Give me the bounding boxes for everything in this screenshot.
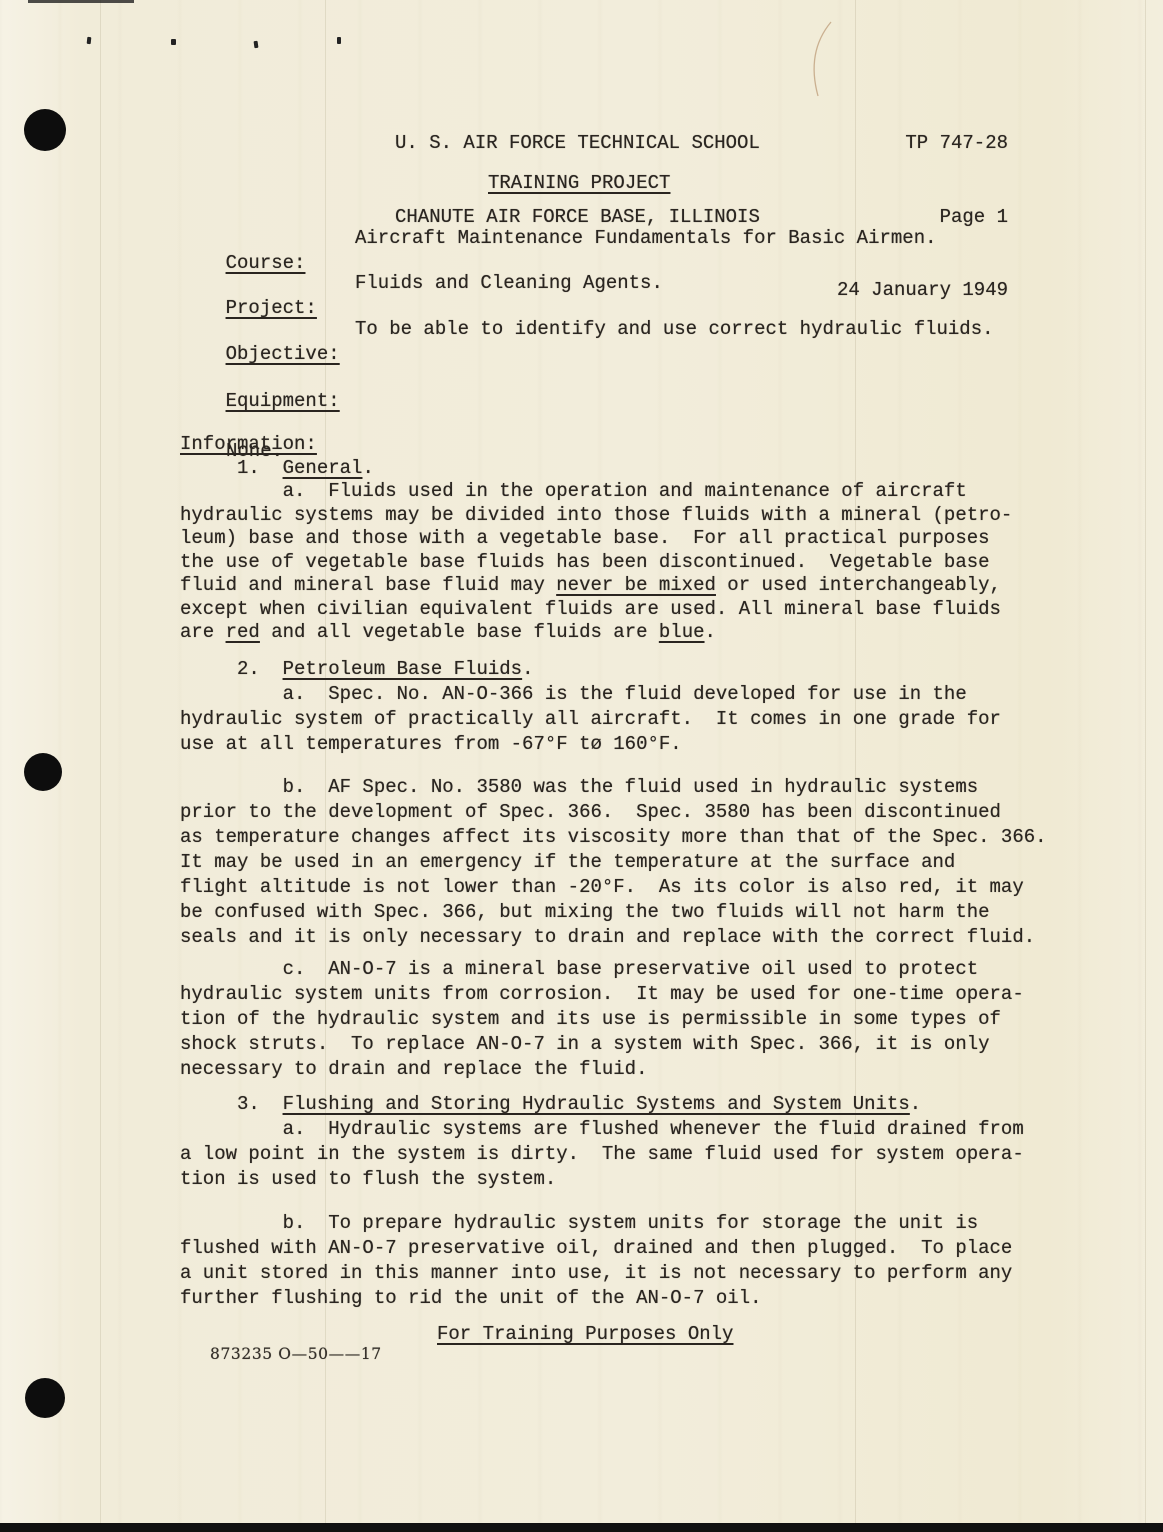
- document-title: TRAINING PROJECT: [488, 171, 670, 196]
- paragraph-1a: a. Fluids used in the operation and main…: [180, 480, 1012, 645]
- punch-hole: [24, 753, 62, 791]
- paragraph-2c: c. AN-O-7 is a mineral base preservative…: [180, 957, 1024, 1082]
- header-org-line1: U. S. AIR FORCE TECHNICAL SCHOOL: [395, 131, 760, 156]
- scratch-mark: [798, 18, 842, 107]
- ink-speck: [254, 41, 259, 48]
- ink-speck: [337, 37, 341, 44]
- paragraph-3b: b. To prepare hydraulic system units for…: [180, 1211, 1012, 1311]
- paragraph-2a: a. Spec. No. AN-O-366 is the fluid devel…: [180, 682, 1001, 757]
- section-3-heading: 3. Flushing and Storing Hydraulic System…: [180, 1092, 921, 1117]
- training-purposes-note: For Training Purposes Only: [437, 1322, 733, 1347]
- course-value: Aircraft Maintenance Fundamentals for Ba…: [355, 226, 937, 251]
- punch-hole: [25, 1378, 65, 1418]
- paragraph-3a: a. Hydraulic systems are flushed wheneve…: [180, 1117, 1024, 1192]
- scan-edge-mark: [28, 0, 134, 3]
- objective-value: To be able to identify and use correct h…: [355, 317, 994, 342]
- doc-number: TP 747-28: [837, 131, 1008, 156]
- field-course: Course: Aircraft Maintenance Fundamental…: [180, 226, 305, 251]
- information-heading: Information:: [180, 432, 317, 457]
- document-page: U. S. AIR FORCE TECHNICAL SCHOOL CHANUTE…: [0, 0, 1163, 1532]
- paragraph-2b: b. AF Spec. No. 3580 was the fluid used …: [180, 775, 1047, 950]
- ink-speck: [171, 39, 176, 45]
- project-label: Project:: [226, 297, 317, 319]
- paper-fold-line: [1145, 0, 1146, 1532]
- field-project: Project: Fluids and Cleaning Agents.: [180, 271, 317, 296]
- gpo-print-code: 873235 O—50——17: [210, 1345, 382, 1363]
- paper-fold-line: [100, 0, 101, 1532]
- section-2-heading: 2. Petroleum Base Fluids.: [180, 657, 533, 682]
- equipment-label: Equipment:: [226, 390, 340, 412]
- project-value: Fluids and Cleaning Agents.: [355, 271, 663, 296]
- doc-date: 24 January 1949: [837, 278, 1008, 303]
- header-document-info: TP 747-28 Page 1 24 January 1949: [837, 82, 1008, 352]
- section-1-heading: 1. General.: [180, 456, 374, 481]
- field-objective: Objective: To be able to identify and us…: [180, 317, 340, 342]
- scan-bottom-edge: [0, 1523, 1163, 1532]
- punch-hole: [24, 109, 66, 151]
- objective-label: Objective:: [226, 343, 340, 365]
- ink-speck: [87, 37, 92, 44]
